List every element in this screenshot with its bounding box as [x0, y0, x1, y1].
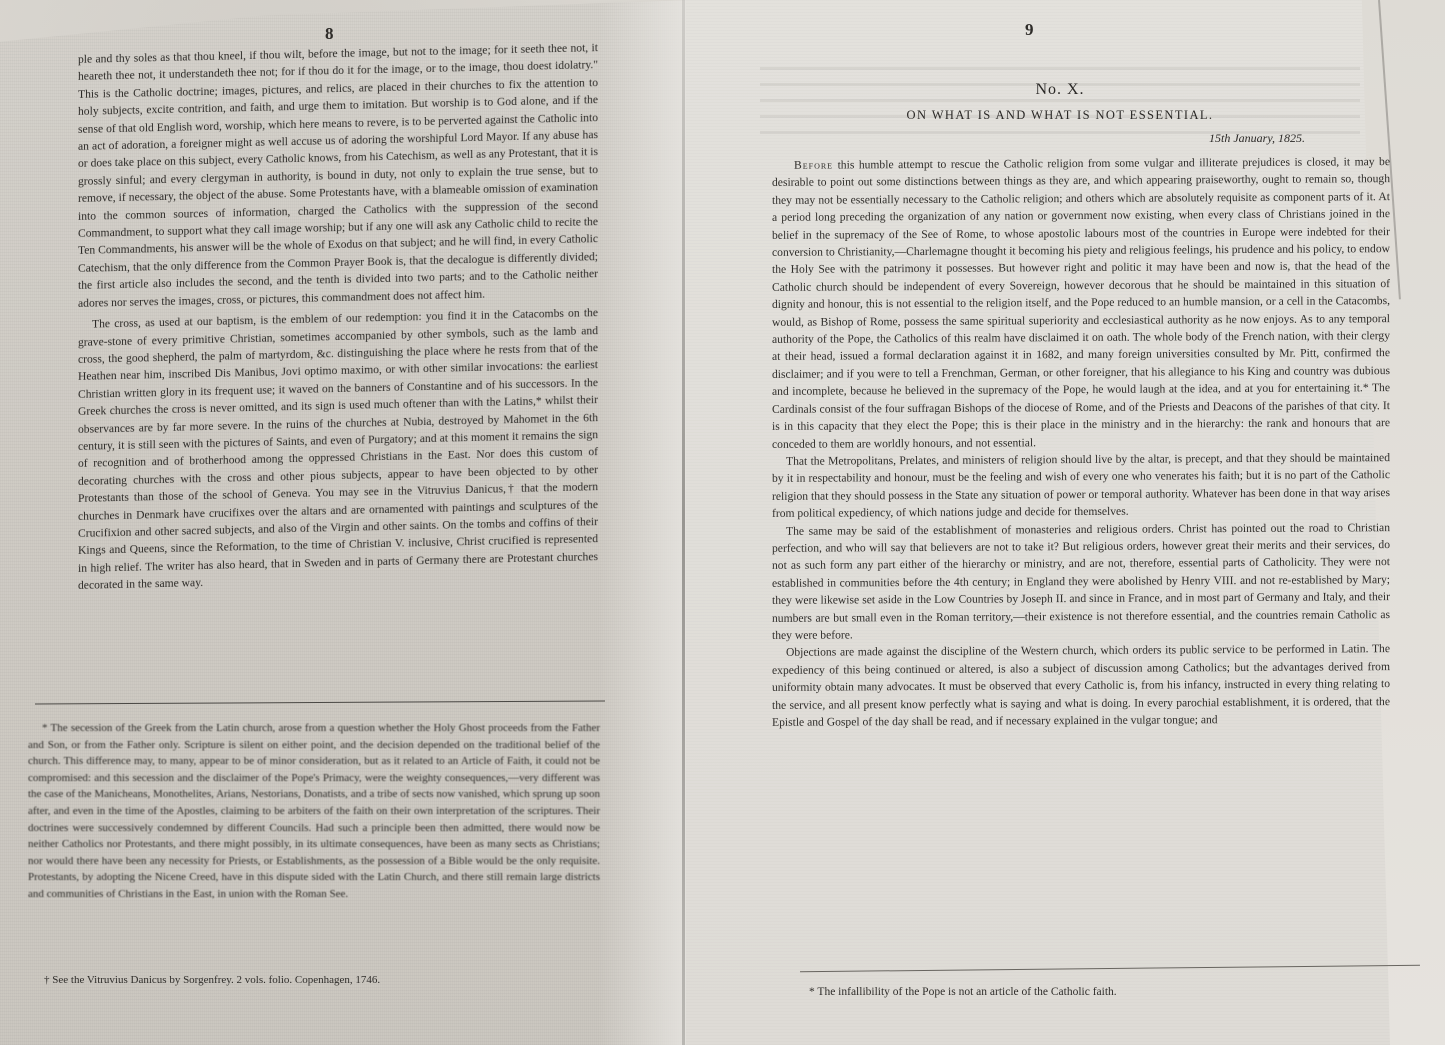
left-page-number: 8 [325, 24, 335, 44]
left-footnote: * The secession of the Greek from the La… [28, 720, 600, 903]
page-edge-shading [598, 0, 688, 1045]
right-page-body: Before this humble attempt to rescue the… [772, 153, 1390, 731]
drop-word: Before [794, 159, 833, 172]
left-page-body: ple and thy soles as that thou kneel, if… [78, 39, 598, 594]
book-gutter [682, 0, 685, 1045]
paragraph: ple and thy soles as that thou kneel, if… [78, 39, 598, 312]
paragraph: Objections are made against the discipli… [772, 640, 1390, 731]
footnote: * The secession of the Greek from the La… [28, 720, 600, 903]
paragraph: The cross, as used at our baptism, is th… [78, 304, 598, 594]
right-footnote: * The infallibility of the Pope is not a… [795, 984, 1395, 1001]
essay-date: 15th January, 1825. [1209, 131, 1305, 146]
paragraph: That the Metropolitans, Prelates, and mi… [772, 449, 1390, 522]
essay-title: ON WHAT IS AND WHAT IS NOT ESSENTIAL. [760, 108, 1360, 123]
left-footnote-dagger: † See the Vitruvius Danicus by Sorgenfre… [30, 972, 602, 989]
footnote: † See the Vitruvius Danicus by Sorgenfre… [30, 972, 602, 989]
footnote: * The infallibility of the Pope is not a… [795, 984, 1395, 1001]
paragraph: Before this humble attempt to rescue the… [772, 153, 1390, 453]
essay-number: No. X. [760, 81, 1360, 99]
paragraph: The same may be said of the establishmen… [772, 519, 1390, 645]
right-page-number: 9 [1025, 20, 1035, 40]
paragraph-text: this humble attempt to rescue the Cathol… [772, 155, 1390, 450]
